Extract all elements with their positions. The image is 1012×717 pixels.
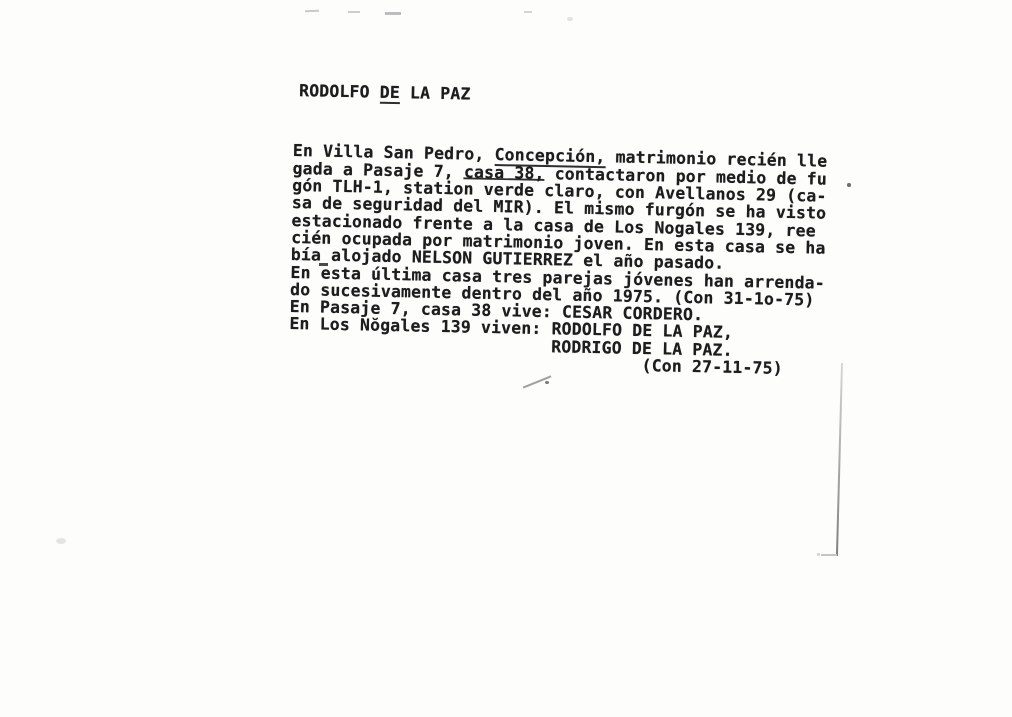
- scan-artifact-line-tail: [821, 554, 837, 556]
- document-title: RODOLFO DE LA PAZ: [294, 82, 829, 110]
- scan-artifact-smudge: [348, 11, 360, 13]
- text-segment: RODOLFO: [299, 81, 380, 102]
- scan-artifact-smudge: [567, 17, 573, 21]
- scan-artifact-dot: [847, 183, 851, 187]
- document-body: En Villa San Pedro, Concepción, matrimon…: [289, 142, 828, 378]
- scanned-typewritten-page: { "page": { "paper_color": "#fdfdfc", "i…: [0, 0, 1012, 717]
- scan-artifact-smudge: [56, 538, 66, 544]
- underlined-text: DE: [380, 82, 401, 103]
- scan-artifact-smudge: [385, 12, 401, 15]
- scan-artifact-dot: [817, 553, 820, 556]
- text-segment: LA PAZ: [400, 83, 471, 103]
- scan-artifact-smudge: [524, 11, 532, 13]
- scan-artifact-smudge: [305, 10, 319, 12]
- document-text-block: RODOLFO DE LA PAZ En Villa San Pedro, Co…: [288, 47, 829, 395]
- scan-artifact-vertical-line: [836, 363, 843, 556]
